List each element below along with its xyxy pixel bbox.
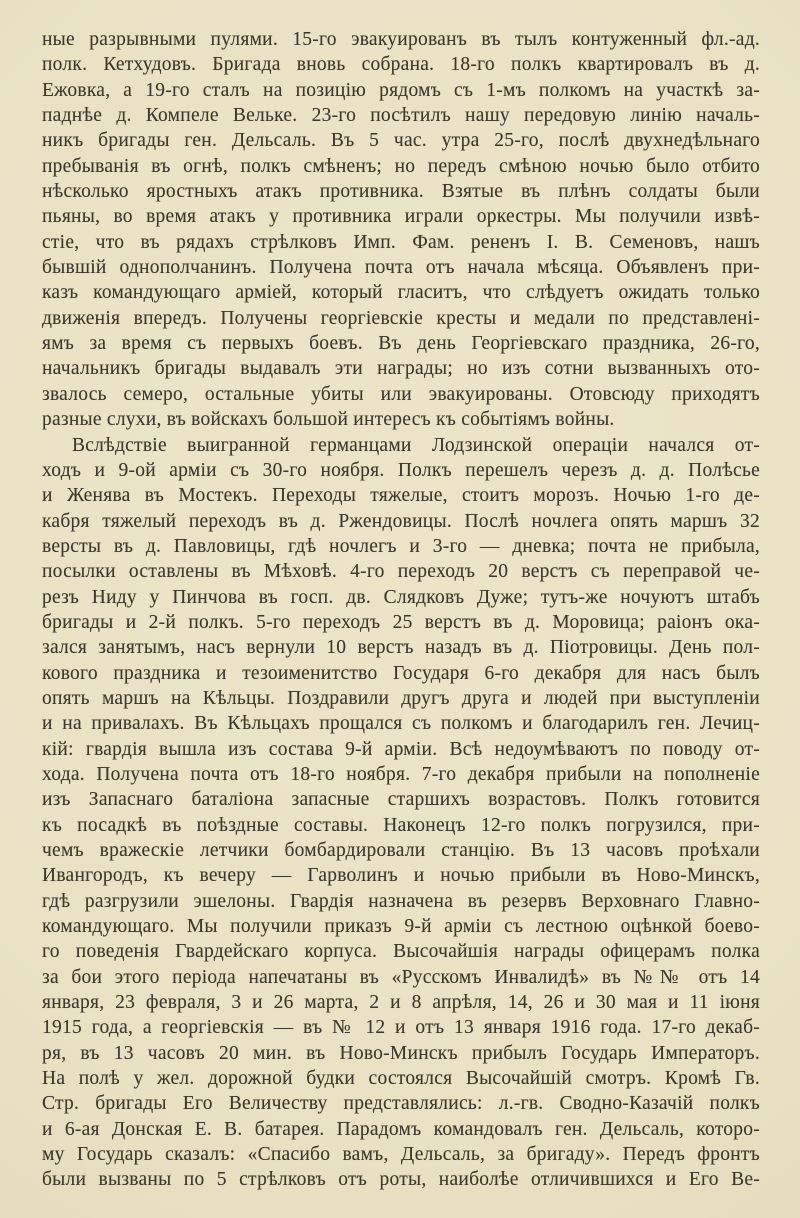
text-line: чемъ вражескіе летчики бомбардировали ст… xyxy=(42,838,760,863)
text-line: резъ Ниду у Пинчова въ госп. дв. Слядков… xyxy=(42,585,760,610)
text-line: и на привалахъ. Въ Кѣльцахъ прощался съ … xyxy=(42,711,760,736)
text-line: кабря тяжелый переходъ въ д. Ржендовицы.… xyxy=(42,509,760,534)
text-line: бригады и 2-й полкъ. 5-го переходъ 25 ве… xyxy=(42,610,760,635)
text-line: му Государь сказалъ: «Спасибо вамъ, Дель… xyxy=(42,1142,760,1167)
text-line: къ посадкѣ въ поѣздные составы. Наконецъ… xyxy=(42,813,760,838)
text-line: изъ Запаснаго баталіона запасные старших… xyxy=(42,787,760,812)
book-page: ные разрывными пулями. 15-го эвакуирован… xyxy=(0,0,800,1218)
text-line: полк. Кетхудовъ. Бригада вновь собрана. … xyxy=(42,52,760,77)
text-line: пребыванія въ огнѣ, полкъ смѣненъ; но пе… xyxy=(42,154,760,179)
text-line: ря, въ 13 часовъ 20 мин. въ Ново-Минскъ … xyxy=(42,1041,760,1066)
text-line: паднѣе д. Компеле Вельке. 23-го посѣтилъ… xyxy=(42,103,760,128)
scanned-book-page: { "colors": { "paper": "#e9e2c5", "ink":… xyxy=(0,0,800,1218)
paragraph: Вслѣдствіе выигранной германцами Лодзинс… xyxy=(42,433,760,1193)
text-line: посылки оставлены въ Мѣховѣ. 4-го перехо… xyxy=(42,559,760,584)
text-line: версты въ д. Павловицы, гдѣ ночлегъ и 3-… xyxy=(42,534,760,559)
text-line: Ивангородъ, къ вечеру — Гарволинъ и ночь… xyxy=(42,863,760,888)
text-line: казъ командующаго арміей, который гласит… xyxy=(42,280,760,305)
text-line: стіе, что въ рядахъ стрѣлковъ Имп. Фам. … xyxy=(42,230,760,255)
text-line: На полѣ у жел. дорожной будки состоялся … xyxy=(42,1066,760,1091)
text-line: ямъ за время съ первыхъ боевъ. Въ день Г… xyxy=(42,331,760,356)
text-line: кового праздника и тезоименитство Госуда… xyxy=(42,661,760,686)
text-line: разные слухи, въ войскахъ большой интере… xyxy=(42,407,760,432)
text-line: зался занятымъ, насъ вернули 10 верстъ н… xyxy=(42,635,760,660)
text-line: и 6-ая Донская Е. В. батарея. Парадомъ к… xyxy=(42,1117,760,1142)
text-line: нѣсколько яростныхъ атакъ противника. Вз… xyxy=(42,179,760,204)
text-line: ходъ и 9-ой арміи съ 30-го ноября. Полкъ… xyxy=(42,458,760,483)
text-line: кій: гвардія вышла изъ состава 9-й арміи… xyxy=(42,737,760,762)
text-line: хода. Получена почта отъ 18-го ноября. 7… xyxy=(42,762,760,787)
text-line: были вызваны по 5 стрѣлковъ отъ роты, на… xyxy=(42,1167,760,1192)
text-line: за бои этого періода напечатаны въ «Русс… xyxy=(42,965,760,990)
text-line: гдѣ разгрузили эшелоны. Гвардія назначен… xyxy=(42,889,760,914)
paragraph: ные разрывными пулями. 15-го эвакуирован… xyxy=(42,27,760,433)
text-line: командующаго. Мы получили приказъ 9-й ар… xyxy=(42,914,760,939)
text-line: звалось семеро, остальные убиты или эвак… xyxy=(42,382,760,407)
text-line: января, 23 февраля, 3 и 26 марта, 2 и 8 … xyxy=(42,990,760,1015)
text-line: движенія впередъ. Получены георгіевскіе … xyxy=(42,306,760,331)
text-line: и Женява въ Мостекъ. Переходы тяжелые, с… xyxy=(42,483,760,508)
page-text: ные разрывными пулями. 15-го эвакуирован… xyxy=(42,27,760,1193)
text-line: пьяны, во время атакъ у противника играл… xyxy=(42,204,760,229)
text-line: опять маршъ на Кѣльцы. Поздравили другъ … xyxy=(42,686,760,711)
text-line: ные разрывными пулями. 15-го эвакуирован… xyxy=(42,27,760,52)
text-line: бывшій однополчанинъ. Получена почта отъ… xyxy=(42,255,760,280)
text-line: го поведенія Гвардейскаго корпуса. Высоч… xyxy=(42,939,760,964)
text-line: Вслѣдствіе выигранной германцами Лодзинс… xyxy=(42,433,760,458)
text-line: 1915 года, а георгіевскія — въ № 12 и от… xyxy=(42,1015,760,1040)
text-line: начальникъ бригады выдавалъ эти награды;… xyxy=(42,356,760,381)
text-line: Стр. бригады Его Величеству представляли… xyxy=(42,1091,760,1116)
text-line: никъ бригады ген. Дельсаль. Въ 5 час. ут… xyxy=(42,128,760,153)
text-line: Ежовка, а 19-го сталъ на позицію рядомъ … xyxy=(42,78,760,103)
